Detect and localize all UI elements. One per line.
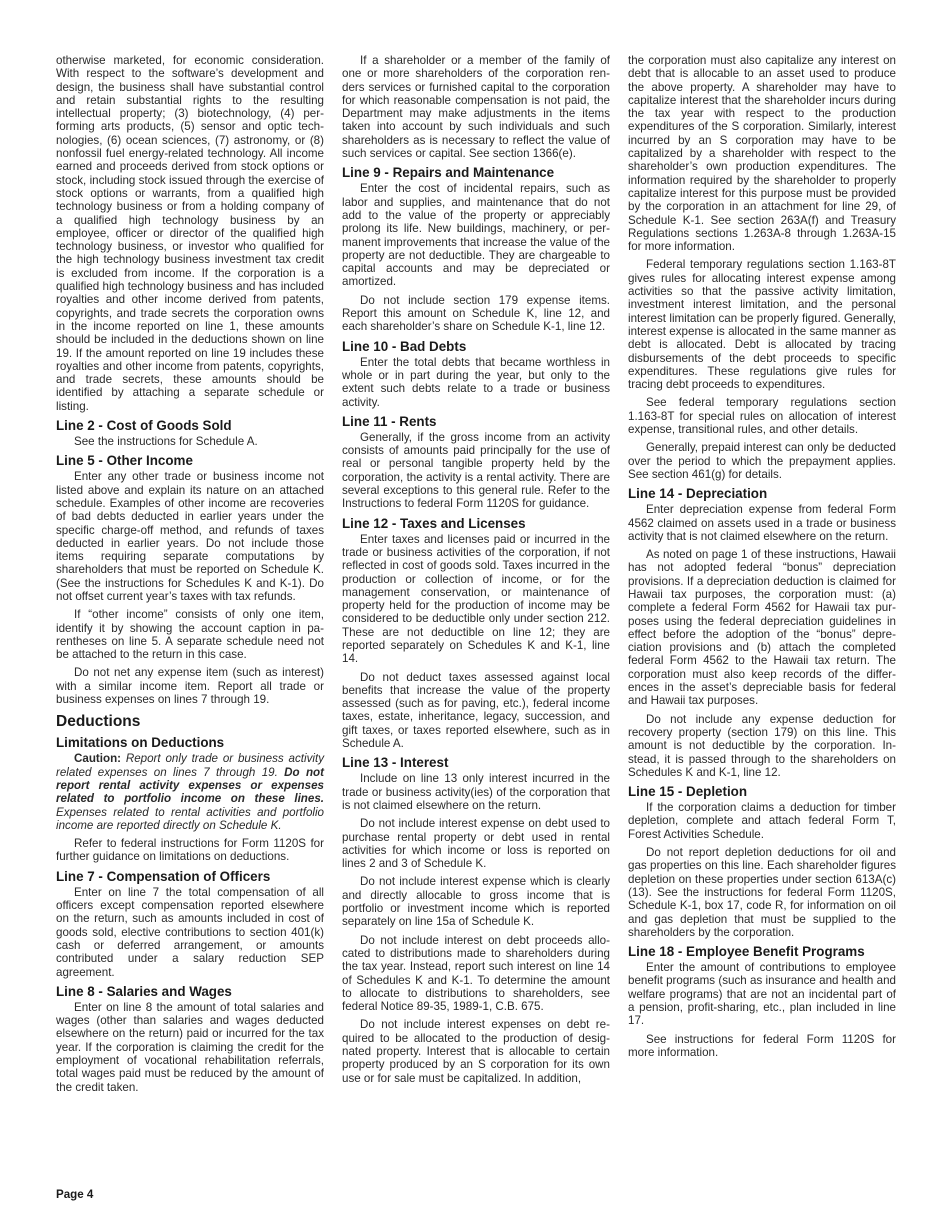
column-middle: If a shareholder or a member of the fami… — [342, 54, 610, 1099]
paragraph-line-8: Enter on line 8 the amount of total sala… — [56, 1001, 324, 1094]
paragraph-line-14-3: Do not include any expense deduction for… — [628, 713, 896, 779]
paragraph-line-18-2: See instructions for federal Form 1120S … — [628, 1033, 896, 1060]
paragraph-line-10: Enter the total debts that became worthl… — [342, 356, 610, 409]
paragraph-line-12-2: Do not deduct taxes assessed against loc… — [342, 671, 610, 751]
paragraph-line-11: Generally, if the gross income from an a… — [342, 431, 610, 511]
heading-line-13: Line 13 - Interest — [342, 755, 610, 771]
paragraph-federal-temporary-regulations: Federal temporary regulations section 1.… — [628, 258, 896, 391]
paragraph-line-5-1: Enter any other trade or business income… — [56, 470, 324, 603]
heading-line-9: Line 9 - Repairs and Maintenance — [342, 165, 610, 181]
paragraph-line-9-2: Do not include section 179 expense items… — [342, 294, 610, 334]
heading-line-5: Line 5 - Other Income — [56, 453, 324, 469]
column-right: the corporation must also capitalize any… — [628, 54, 896, 1099]
paragraph-limitations-2: Refer to federal instructions for Form 1… — [56, 837, 324, 864]
heading-line-2: Line 2 - Cost of Goods Sold — [56, 418, 324, 434]
paragraph-line-12-1: Enter taxes and licenses paid or incurre… — [342, 533, 610, 666]
heading-line-14: Line 14 - Depreciation — [628, 486, 896, 502]
paragraph-line-13-2: Do not include interest expense on debt … — [342, 817, 610, 870]
caution-label: Caution: — [74, 752, 121, 765]
paragraph-line-13-3: Do not include interest expense which is… — [342, 875, 610, 928]
caution-text-italic-2: Expenses related to rental activities an… — [56, 806, 324, 832]
paragraph-line-14-1: Enter depreciation expense from federal … — [628, 503, 896, 543]
paragraph-high-technology-continued: otherwise marketed, for economic conside… — [56, 54, 324, 413]
heading-deductions: Deductions — [56, 712, 324, 731]
paragraph-special-rules: See federal temporary regulations sectio… — [628, 396, 896, 436]
paragraph-line-5-2: If “other income” consists of only one i… — [56, 608, 324, 661]
paragraph-line-15-1: If the corporation claims a deduction fo… — [628, 801, 896, 841]
heading-line-8: Line 8 - Salaries and Wages — [56, 984, 324, 1000]
paragraph-line-13-1: Include on line 13 only interest incurre… — [342, 772, 610, 812]
heading-line-15: Line 15 - Depletion — [628, 784, 896, 800]
paragraph-line-13-4: Do not include interest on debt proceeds… — [342, 934, 610, 1014]
paragraph-capitalize-interest-continued: the corporation must also capitalize any… — [628, 54, 896, 253]
paragraph-prepaid-interest: Generally, prepaid interest can only be … — [628, 441, 896, 481]
paragraph-line-5-3: Do not net any expense item (such as int… — [56, 666, 324, 706]
heading-line-11: Line 11 - Rents — [342, 414, 610, 430]
paragraph-line-2: See the instructions for Schedule A. — [56, 435, 324, 448]
paragraph-line-9-1: Enter the cost of incidental repairs, su… — [342, 182, 610, 288]
page-number: Page 4 — [56, 1188, 93, 1201]
paragraph-line-14-2: As noted on page 1 of these instructions… — [628, 548, 896, 708]
paragraph-line-15-2: Do not report depletion deductions for o… — [628, 846, 896, 939]
column-left: otherwise marketed, for economic conside… — [56, 54, 324, 1099]
heading-line-10: Line 10 - Bad Debts — [342, 339, 610, 355]
paragraph-caution: Caution: Report only trade or business a… — [56, 752, 324, 832]
heading-limitations-on-deductions: Limitations on Deductions — [56, 735, 324, 751]
paragraph-line-18-1: Enter the amount of contributions to em­… — [628, 961, 896, 1027]
heading-line-7: Line 7 - Compensation of Officers — [56, 869, 324, 885]
heading-line-18: Line 18 - Employee Benefit Programs — [628, 944, 896, 960]
heading-line-12: Line 12 - Taxes and Licenses — [342, 516, 610, 532]
instruction-page: otherwise marketed, for economic conside… — [56, 54, 896, 1099]
paragraph-line-7: Enter on line 7 the total compensation o… — [56, 886, 324, 979]
paragraph-shareholder-services: If a shareholder or a member of the fami… — [342, 54, 610, 160]
paragraph-line-13-5: Do not include interest expenses on debt… — [342, 1018, 610, 1084]
